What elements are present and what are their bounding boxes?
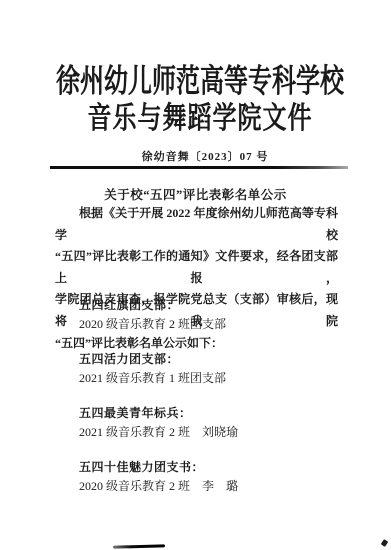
award-recipient: 2020 级音乐教育 2 班 李 璐 [79,477,238,496]
doc-number: 徐幼音舞〔2023〕07 号 [19,148,391,164]
document-page: 徐州幼儿师范高等专科学校 音乐与舞蹈学院文件 徐幼音舞〔2023〕07 号 关于… [0,0,391,550]
award-recipient: 2021 级音乐教育 1 班团支部 [79,369,238,388]
award-item: 五四十佳魅力团支书： 2020 级音乐教育 2 班 李 璐 [79,458,238,496]
document-title: 关于校“五四”评比表彰名单公示 [0,185,391,203]
award-category: 五四活力团支部： [79,350,238,369]
org-name-line2: 音乐与舞蹈学院文件 [9,104,391,134]
body-line-1: 根据《关于开展 2022 年度徐州幼儿师范高等专科学校 [55,203,338,246]
award-item: 五四最美青年标兵： 2021 级音乐教育 2 班 刘晓瑜 [79,404,238,442]
award-recipient: 2020 级音乐教育 2 班团支部 [79,315,238,334]
letterhead-divider [50,166,348,169]
award-category: 五四十佳魅力团支书： [79,458,238,477]
award-list: 五四红旗团支部： 2020 级音乐教育 2 班团支部 五四活力团支部： 2021… [79,296,238,512]
body-line-2: “五四”评比表彰工作的通知》文件要求，经各团支部上报， [55,246,338,289]
award-recipient: 2021 级音乐教育 2 班 刘晓瑜 [79,423,238,442]
org-name-line1: 徐州幼儿师范高等专科学校 [9,66,391,98]
award-item: 五四活力团支部： 2021 级音乐教育 1 班团支部 [79,350,238,388]
award-item: 五四红旗团支部： 2020 级音乐教育 2 班团支部 [79,296,238,334]
scan-artifact-streak [113,544,165,548]
scan-artifact-mark [381,539,389,547]
award-category: 五四红旗团支部： [79,296,238,315]
award-category: 五四最美青年标兵： [79,404,238,423]
